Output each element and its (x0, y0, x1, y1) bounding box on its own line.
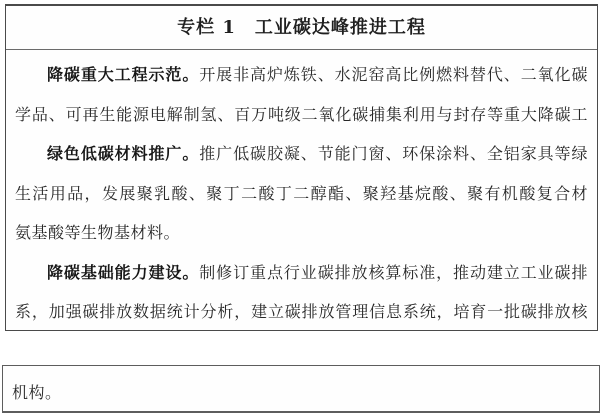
body-line-4-text: 生活用品，发展聚乳酸、聚丁二酸丁二醇酯、聚羟基烷酸、聚有机酸复合材料、椰油酰 (15, 184, 588, 214)
body-line-1-lead: 降碳重大工程示范。 (47, 65, 199, 84)
document-page: 专栏 1 工业碳达峰推进工程 降碳重大工程示范。开展非高炉炼铁、水泥窑高比例燃料… (0, 0, 610, 417)
body-line-6: 降碳基础能力建设。制修订重点行业碳排放核算标准，推动建立工业碳排放核算体 (15, 253, 588, 293)
body-line-2: 学品、可再生能源电解制氢、百万吨级二氧化碳捕集利用与封存等重大降碳工程示范。 (15, 95, 588, 135)
continuation-text: 机构。 (3, 374, 62, 403)
body-line-1: 降碳重大工程示范。开展非高炉炼铁、水泥窑高比例燃料替代、二氧化碳耦合制化 (15, 55, 588, 95)
body-line-2-text: 学品、可再生能源电解制氢、百万吨级二氧化碳捕集利用与封存等重大降碳工程示范。 (15, 105, 588, 135)
body-line-3-lead: 绿色低碳材料推广。 (47, 144, 199, 163)
body-line-5: 氨基酸等生物基材料。 (15, 213, 588, 253)
body-line-6-lead: 降碳基础能力建设。 (47, 263, 199, 282)
callout-box-continuation: 机构。 (2, 365, 600, 413)
body-line-7-text: 系，加强碳排放数据统计分析，建立碳排放管理信息系统，培育一批碳排放核算专业化 (15, 302, 588, 332)
body-line-3: 绿色低碳材料推广。推广低碳胶凝、节能门窗、环保涂料、全铝家具等绿色建材和 (15, 134, 588, 174)
body-line-4: 生活用品，发展聚乳酸、聚丁二酸丁二醇酯、聚羟基烷酸、聚有机酸复合材料、椰油酰 (15, 174, 588, 214)
callout-box-column1: 专栏 1 工业碳达峰推进工程 降碳重大工程示范。开展非高炉炼铁、水泥窑高比例燃料… (5, 4, 598, 331)
callout-box-body: 降碳重大工程示范。开展非高炉炼铁、水泥窑高比例燃料替代、二氧化碳耦合制化学品、可… (6, 50, 597, 332)
body-line-5-text: 氨基酸等生物基材料。 (15, 223, 180, 242)
callout-box-title: 专栏 1 工业碳达峰推进工程 (6, 6, 597, 50)
body-line-7: 系，加强碳排放数据统计分析，建立碳排放管理信息系统，培育一批碳排放核算专业化 (15, 292, 588, 332)
